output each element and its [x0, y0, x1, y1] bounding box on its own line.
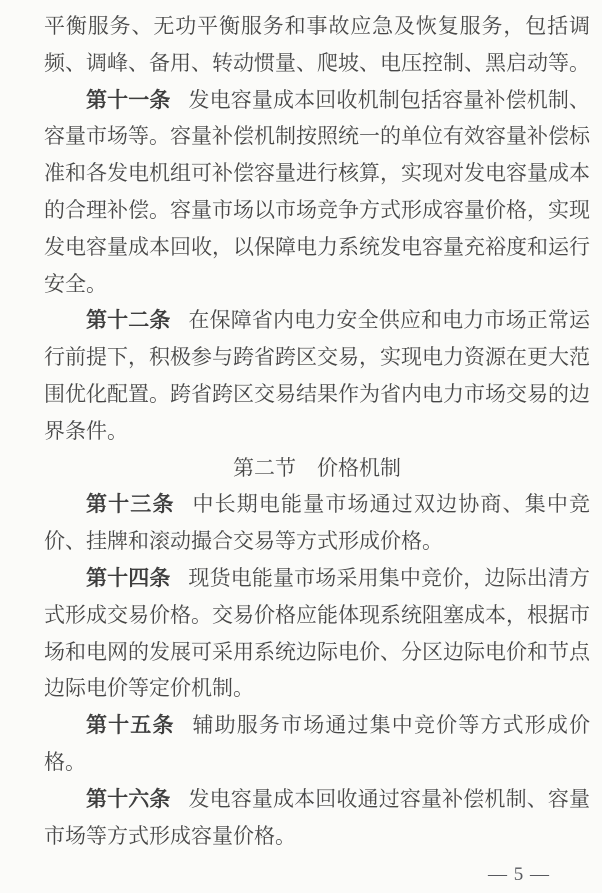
- article-text: 发电容量成本回收机制包括容量补偿机制、容量市场等。容量补偿机制按照统一的单位有效…: [44, 88, 590, 296]
- body-paragraph: 第十一条发电容量成本回收机制包括容量补偿机制、容量市场等。容量补偿机制按照统一的…: [44, 82, 590, 303]
- body-paragraph: 平衡服务、无功平衡服务和事故应急及恢复服务，包括调频、调峰、备用、转动惯量、爬坡…: [44, 8, 590, 82]
- body-paragraph: 第十五条辅助服务市场通过集中竞价等方式形成价格。: [44, 707, 590, 781]
- document-body: 平衡服务、无功平衡服务和事故应急及恢复服务，包括调频、调峰、备用、转动惯量、爬坡…: [44, 8, 590, 854]
- article-number: 第十六条: [86, 787, 171, 811]
- article-number: 第十五条: [86, 713, 175, 737]
- section-heading: 第二节 价格机制: [44, 450, 590, 487]
- body-paragraph: 第十四条现货电能量市场采用集中竞价，边际出清方式形成交易价格。交易价格应能体现系…: [44, 560, 590, 707]
- body-paragraph: 第十六条发电容量成本回收通过容量补偿机制、容量市场等方式形成容量价格。: [44, 781, 590, 855]
- article-number: 第十一条: [86, 88, 171, 112]
- body-paragraph: 第十三条中长期电能量市场通过双边协商、集中竞价、挂牌和滚动撮合交易等方式形成价格…: [44, 486, 590, 560]
- paragraph-text: 平衡服务、无功平衡服务和事故应急及恢复服务，包括调频、调峰、备用、转动惯量、爬坡…: [44, 14, 590, 75]
- article-number: 第十二条: [86, 308, 171, 332]
- document-page: 平衡服务、无功平衡服务和事故应急及恢复服务，包括调频、调峰、备用、转动惯量、爬坡…: [0, 0, 602, 893]
- article-number: 第十三条: [86, 492, 175, 516]
- body-paragraph: 第十二条在保障省内电力安全供应和电力市场正常运行前提下，积极参与跨省跨区交易，实…: [44, 302, 590, 449]
- article-number: 第十四条: [86, 566, 171, 590]
- page-number: — 5 —: [488, 864, 550, 886]
